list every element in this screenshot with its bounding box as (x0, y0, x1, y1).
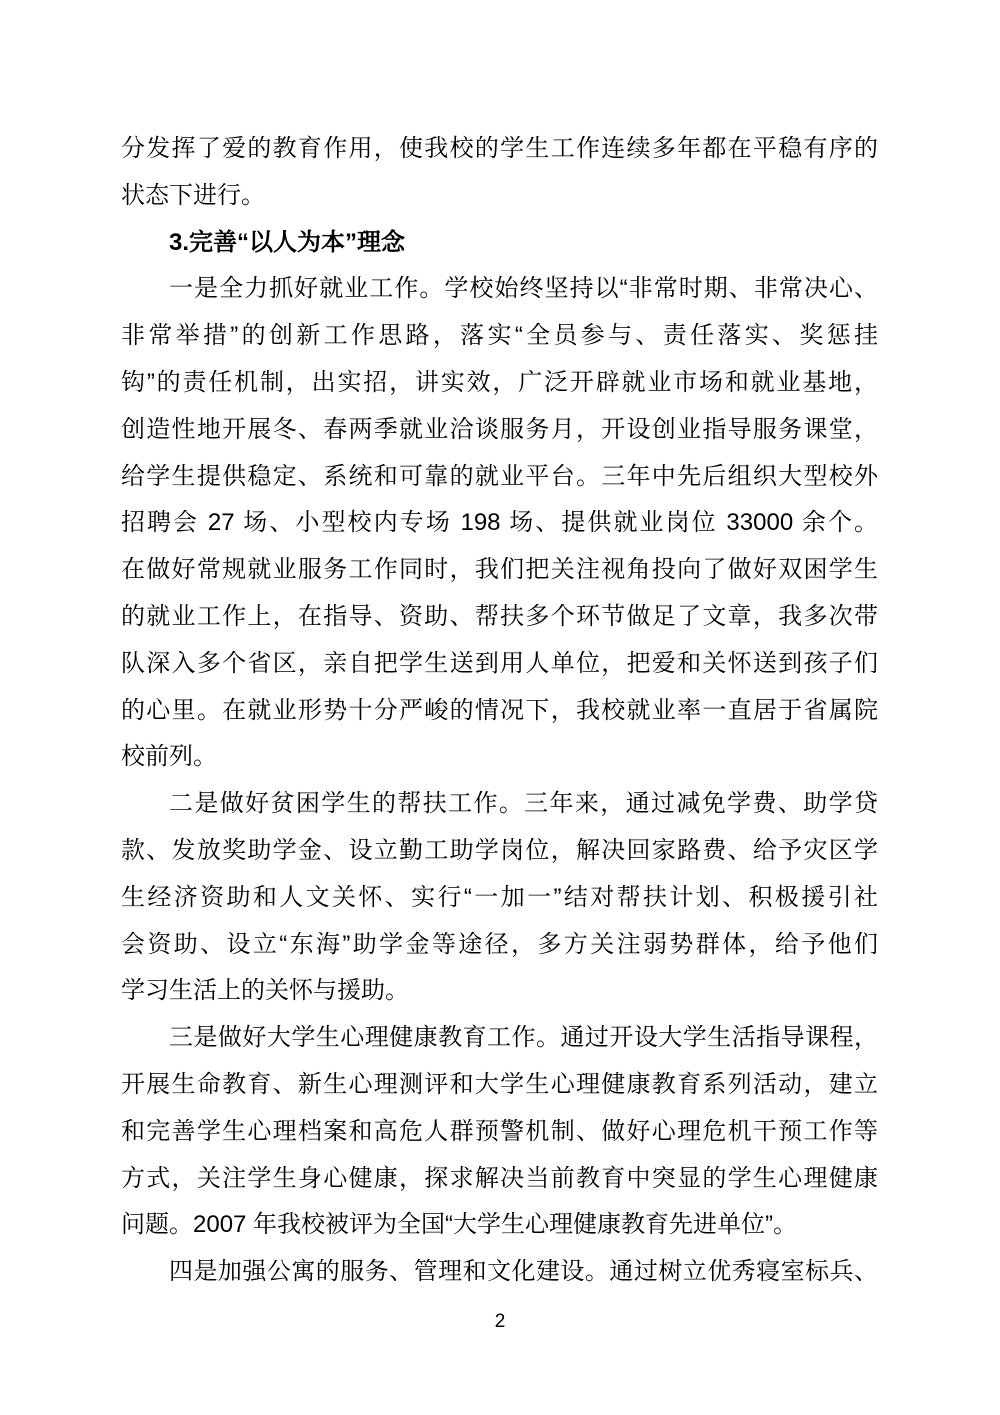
text-line: 问题。2007 年我校被评为全国“大学生心理健康教育先进单位”。 (121, 1202, 878, 1249)
text-line: 创造性地开展冬、春两季就业洽谈服务月，开设创业指导服务课堂， (121, 407, 878, 454)
text-line: 分发挥了爱的教育作用，使我校的学生工作连续多年都在平稳有序的 (121, 126, 878, 173)
text-line: 二是做好贫困学生的帮扶工作。三年来，通过减免学费、助学贷 (121, 781, 878, 828)
text-line: 三是做好大学生心理健康教育工作。通过开设大学生活指导课程， (121, 1015, 878, 1062)
text-line: 学习生活上的关怀与援助。 (121, 968, 878, 1015)
text-line: 的心里。在就业形势十分严峻的情况下，我校就业率一直居于省属院 (121, 688, 878, 735)
text-line: 在做好常规就业服务工作同时，我们把关注视角投向了做好双困学生 (121, 547, 878, 594)
page-footer: 2 (0, 1311, 1000, 1333)
text-line: 校前列。 (121, 734, 878, 781)
text-line: 队深入多个省区，亲自把学生送到用人单位，把爱和关怀送到孩子们 (121, 641, 878, 688)
text-line: 的就业工作上，在指导、资助、帮扶多个环节做足了文章，我多次带 (121, 594, 878, 641)
text-line: 状态下进行。 (121, 173, 878, 220)
section-heading: 3.完善“以人为本”理念 (121, 220, 878, 267)
text-line: 款、发放奖助学金、设立勤工助学岗位，解决回家路费、给予灾区学 (121, 828, 878, 875)
text-line: 给学生提供稳定、系统和可靠的就业平台。三年中先后组织大型校外 (121, 454, 878, 501)
text-line: 生经济资助和人文关怀、实行“一加一”结对帮扶计划、积极援引社 (121, 875, 878, 922)
document-body: 分发挥了爱的教育作用，使我校的学生工作连续多年都在平稳有序的状态下进行。3.完善… (121, 126, 878, 1296)
text-line: 钩”的责任机制，出实招，讲实效，广泛开辟就业市场和就业基地， (121, 360, 878, 407)
text-line: 会资助、设立“东海”助学金等途径，多方关注弱势群体，给予他们 (121, 922, 878, 969)
text-line: 方式，关注学生身心健康，探求解决当前教育中突显的学生心理健康 (121, 1156, 878, 1203)
text-line: 招聘会 27 场、小型校内专场 198 场、提供就业岗位 33000 余个。 (121, 500, 878, 547)
text-line: 非常举措”的创新工作思路，落实“全员参与、责任落实、奖惩挂 (121, 313, 878, 360)
text-line: 开展生命教育、新生心理测评和大学生心理健康教育系列活动，建立 (121, 1062, 878, 1109)
page-number: 2 (495, 1311, 506, 1332)
document-page: 分发挥了爱的教育作用，使我校的学生工作连续多年都在平稳有序的状态下进行。3.完善… (0, 0, 1000, 1415)
text-line: 和完善学生心理档案和高危人群预警机制、做好心理危机干预工作等 (121, 1109, 878, 1156)
text-line: 一是全力抓好就业工作。学校始终坚持以“非常时期、非常决心、 (121, 266, 878, 313)
text-line: 四是加强公寓的服务、管理和文化建设。通过树立优秀寝室标兵、 (121, 1249, 878, 1296)
